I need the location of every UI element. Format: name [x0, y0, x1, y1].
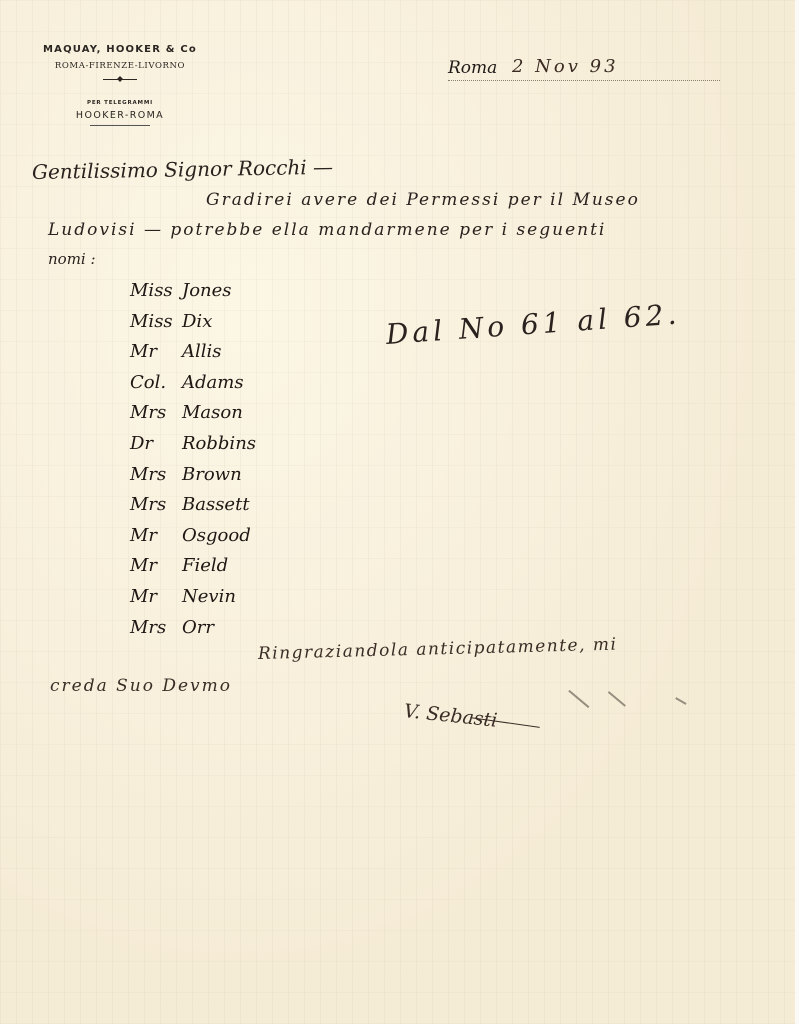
name-title: Dr: [130, 433, 182, 454]
date-place: Roma: [448, 58, 497, 78]
name-surname: Robbins: [182, 433, 256, 454]
ink-mark: [569, 690, 590, 708]
name-surname: Bassett: [182, 494, 250, 515]
letterhead-rule: [90, 125, 150, 126]
name-title: Col.: [130, 372, 182, 393]
closing-line-2: creda Suo Devmo: [50, 676, 232, 696]
name-surname: Dix: [182, 311, 212, 332]
list-item: MrsMason: [130, 402, 256, 433]
closing-line-1: Ringraziandola anticipatamente, mi: [258, 635, 618, 664]
name-surname: Orr: [182, 617, 214, 638]
body-line-1: Gradirei avere dei Permessi per il Museo: [206, 190, 640, 210]
name-title: Mr: [130, 555, 182, 576]
name-surname: Brown: [182, 464, 242, 485]
name-title: Miss: [130, 311, 182, 332]
margin-note: Dal No 61 al 62.: [385, 297, 681, 350]
list-item: MrNevin: [130, 586, 256, 617]
ornament-divider-icon: [103, 76, 137, 82]
telegram-label: PER TELEGRAMMI: [20, 100, 220, 106]
letterhead: MAQUAY, HOOKER & Co ROMA-FIRENZE-LIVORNO…: [20, 44, 220, 126]
list-item: MrsOrr: [130, 617, 256, 648]
letterhead-firm-name: MAQUAY, HOOKER & Co: [20, 44, 220, 55]
salutation: Gentilissimo Signor Rocchi —: [32, 155, 333, 184]
name-title: Mr: [130, 525, 182, 546]
name-title: Mrs: [130, 617, 182, 638]
dateline: Roma 2 Nov 93: [448, 58, 720, 81]
list-item: MrField: [130, 555, 256, 586]
name-title: Miss: [130, 280, 182, 301]
name-title: Mrs: [130, 402, 182, 423]
telegram-address: HOOKER-ROMA: [20, 110, 220, 121]
list-item: MrAllis: [130, 341, 256, 372]
page-edge: [795, 0, 799, 1024]
letterhead-cities: ROMA-FIRENZE-LIVORNO: [20, 61, 220, 71]
name-title: Mrs: [130, 494, 182, 515]
name-surname: Adams: [182, 372, 244, 393]
list-item: MissJones: [130, 280, 256, 311]
list-item: Col.Adams: [130, 372, 256, 403]
list-item: MrsBrown: [130, 464, 256, 495]
letter-page: MAQUAY, HOOKER & Co ROMA-FIRENZE-LIVORNO…: [0, 0, 799, 1024]
list-item: MrOsgood: [130, 525, 256, 556]
list-item: DrRobbins: [130, 433, 256, 464]
signature: V. Sebasti: [403, 700, 498, 732]
name-surname: Jones: [182, 280, 232, 301]
name-surname: Field: [182, 555, 228, 576]
ink-mark: [608, 691, 626, 706]
name-surname: Mason: [182, 402, 243, 423]
list-item: MissDix: [130, 311, 256, 342]
names-list: MissJones MissDix MrAllis Col.Adams MrsM…: [130, 280, 256, 647]
name-title: Mr: [130, 341, 182, 362]
ink-mark: [675, 697, 686, 704]
body-line-3: nomi :: [48, 250, 96, 268]
body-line-2: Ludovisi — potrebbe ella mandarmene per …: [48, 220, 606, 240]
name-title: Mrs: [130, 464, 182, 485]
list-item: MrsBassett: [130, 494, 256, 525]
name-surname: Osgood: [182, 525, 251, 546]
name-surname: Nevin: [182, 586, 236, 607]
name-title: Mr: [130, 586, 182, 607]
date-value: 2 Nov 93: [512, 56, 619, 77]
name-surname: Allis: [182, 341, 222, 362]
